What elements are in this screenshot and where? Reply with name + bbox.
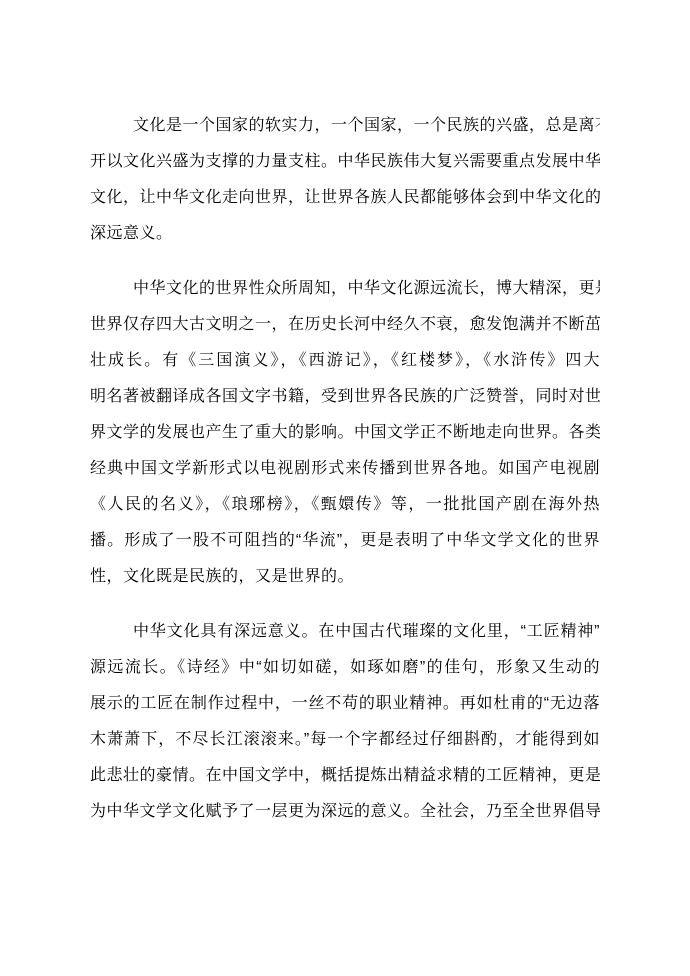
text-line: 深远意义。 bbox=[90, 216, 600, 252]
text-line: 为中华文学文化赋予了一层更为深远的意义。全社会，乃至全世界倡导 bbox=[90, 794, 600, 830]
text-line: 界文学的发展也产生了重大的影响。中国文学正不断地走向世界。各类 bbox=[90, 415, 600, 451]
text-line: 源远流长。《诗经》中“如切如磋，如琢如磨”的佳句，形象又生动的 bbox=[90, 650, 600, 686]
text-line: 明名著被翻译成各国文字书籍，受到世界各民族的广泛赞誉，同时对世 bbox=[90, 379, 600, 415]
text-line: 经典中国文学新形式以电视剧形式来传播到世界各地。如国产电视剧 bbox=[90, 451, 600, 487]
document-page: 文化是一个国家的软实力，一个国家，一个民族的兴盛，总是离不开以文化兴盛为支撑的力… bbox=[0, 0, 690, 976]
paragraph: 中华文化的世界性众所周知，中华文化源远流长，博大精深，更是世界仅存四大古文明之一… bbox=[90, 271, 600, 595]
text-line: 《人民的名义》，《琅琊榜》，《甄嬛传》等，一批批国产剧在海外热 bbox=[90, 487, 600, 523]
document-body: 文化是一个国家的软实力，一个国家，一个民族的兴盛，总是离不开以文化兴盛为支撑的力… bbox=[90, 108, 600, 849]
text-line: 木萧萧下，不尽长江滚滚来。”每一个字都经过仔细斟酌，才能得到如 bbox=[90, 722, 600, 758]
text-line: 世界仅存四大古文明之一，在历史长河中经久不衰，愈发饱满并不断茁 bbox=[90, 307, 600, 343]
text-line: 中华文化具有深远意义。在中国古代璀璨的文化里，“工匠精神” bbox=[90, 614, 600, 650]
text-line: 开以文化兴盛为支撑的力量支柱。中华民族伟大复兴需要重点发展中华 bbox=[90, 144, 600, 180]
paragraph: 中华文化具有深远意义。在中国古代璀璨的文化里，“工匠精神”源远流长。《诗经》中“… bbox=[90, 614, 600, 830]
text-line: 壮成长。有《三国演义》，《西游记》，《红楼梦》，《水浒传》四大 bbox=[90, 343, 600, 379]
text-line: 展示的工匠在制作过程中，一丝不苟的职业精神。再如杜甫的“无边落 bbox=[90, 686, 600, 722]
text-line: 文化，让中华文化走向世界，让世界各族人民都能够体会到中华文化的 bbox=[90, 180, 600, 216]
text-line: 此悲壮的豪情。在中国文学中，概括提炼出精益求精的工匠精神，更是 bbox=[90, 758, 600, 794]
text-line: 播。形成了一股不可阻挡的“华流”，更是表明了中华文学文化的世界 bbox=[90, 523, 600, 559]
paragraph: 文化是一个国家的软实力，一个国家，一个民族的兴盛，总是离不开以文化兴盛为支撑的力… bbox=[90, 108, 600, 252]
text-line: 中华文化的世界性众所周知，中华文化源远流长，博大精深，更是 bbox=[90, 271, 600, 307]
text-line: 性，文化既是民族的，又是世界的。 bbox=[90, 559, 600, 595]
text-line: 文化是一个国家的软实力，一个国家，一个民族的兴盛，总是离不 bbox=[90, 108, 600, 144]
